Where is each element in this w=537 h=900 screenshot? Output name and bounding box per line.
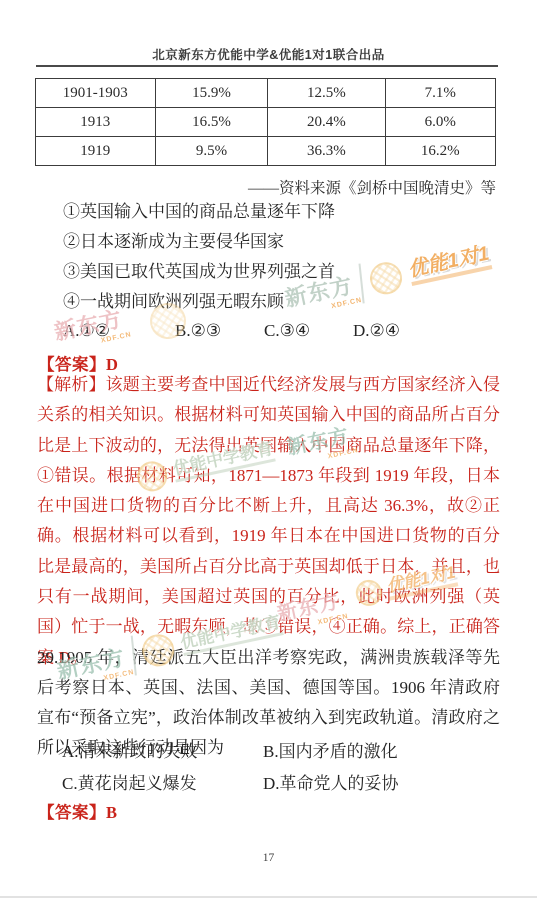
analysis-text: 该题主要考查中国近代经济发展与西方国家经济入侵关系的相关知识。根据材料可知英国输…	[37, 375, 500, 667]
q29-answer: 【答案】B	[38, 799, 118, 823]
page-bottom-edge	[0, 896, 537, 898]
statement-3: ③美国已取代英国成为世界列强之首	[63, 257, 335, 287]
table-cell-value: 9.5%	[155, 137, 268, 166]
q28-choice-d: D.②④	[353, 321, 400, 341]
q28-choices: A.①② B.②③ C.③④ D.②④	[0, 321, 537, 345]
youneng-1v1-watermark: 优能1对1	[406, 244, 492, 287]
page-number: 17	[0, 852, 537, 864]
table-cell-value: 12.5%	[268, 79, 385, 108]
source-attribution: ——资料来源《剑桥中国晚清史》等	[248, 176, 496, 198]
q29-choice-c: C.黄花岗起义爆发	[62, 769, 197, 794]
table-row: 1919 9.5% 36.3% 16.2%	[36, 137, 496, 166]
q29-choice-d: D.革命党人的妥协	[263, 769, 399, 794]
table-cell-value: 16.5%	[155, 108, 268, 137]
q28-choice-c: C.③④	[264, 321, 310, 341]
xdf-ball-icon	[367, 259, 405, 297]
statement-list: ①英国输入中国的商品总量逐年下降 ②日本逐渐成为主要侵华国家 ③美国已取代英国成…	[63, 197, 335, 317]
table-row: 1901-1903 15.9% 12.5% 7.1%	[36, 79, 496, 108]
exam-answer-page: 北京新东方优能中学&优能1对1联合出品 1901-1903 15.9% 12.5…	[0, 0, 537, 900]
statement-1: ①英国输入中国的商品总量逐年下降	[63, 197, 335, 227]
q29-choices-row1: A.清末新政的失败 B.国内矛盾的激化	[0, 737, 537, 761]
table-row: 1913 16.5% 20.4% 6.0%	[36, 108, 496, 137]
table-cell-year: 1901-1903	[36, 79, 156, 108]
table-cell-year: 1913	[36, 108, 156, 137]
watermark-underline	[411, 265, 492, 286]
table-cell-value: 36.3%	[268, 137, 385, 166]
watermark-divider	[359, 264, 365, 304]
table-cell-value: 7.1%	[385, 79, 495, 108]
header-rule	[36, 65, 498, 67]
page-header-title: 北京新东方优能中学&优能1对1联合出品	[0, 45, 537, 63]
q28-choice-a: A.①②	[63, 321, 110, 341]
statement-2: ②日本逐渐成为主要侵华国家	[63, 227, 335, 257]
q29-choice-b: B.国内矛盾的激化	[263, 737, 398, 762]
table-cell-value: 6.0%	[385, 108, 495, 137]
analysis-label: 【解析】	[37, 375, 106, 394]
q29-choice-a: A.清末新政的失败	[62, 737, 198, 762]
q29-choices-row2: C.黄花岗起义爆发 D.革命党人的妥协	[0, 769, 537, 793]
table-cell-value: 20.4%	[268, 108, 385, 137]
q28-analysis: 【解析】该题主要考查中国近代经济发展与西方国家经济入侵关系的相关知识。根据材料可…	[37, 370, 500, 673]
q28-choice-b: B.②③	[175, 321, 221, 341]
table-cell-year: 1919	[36, 137, 156, 166]
table-cell-value: 16.2%	[385, 137, 495, 166]
xdf-domain-watermark: XDF.CN	[331, 297, 363, 310]
import-share-table: 1901-1903 15.9% 12.5% 7.1% 1913 16.5% 20…	[35, 78, 496, 166]
statement-4: ④一战期间欧洲列强无暇东顾	[63, 287, 335, 317]
table-cell-value: 15.9%	[155, 79, 268, 108]
